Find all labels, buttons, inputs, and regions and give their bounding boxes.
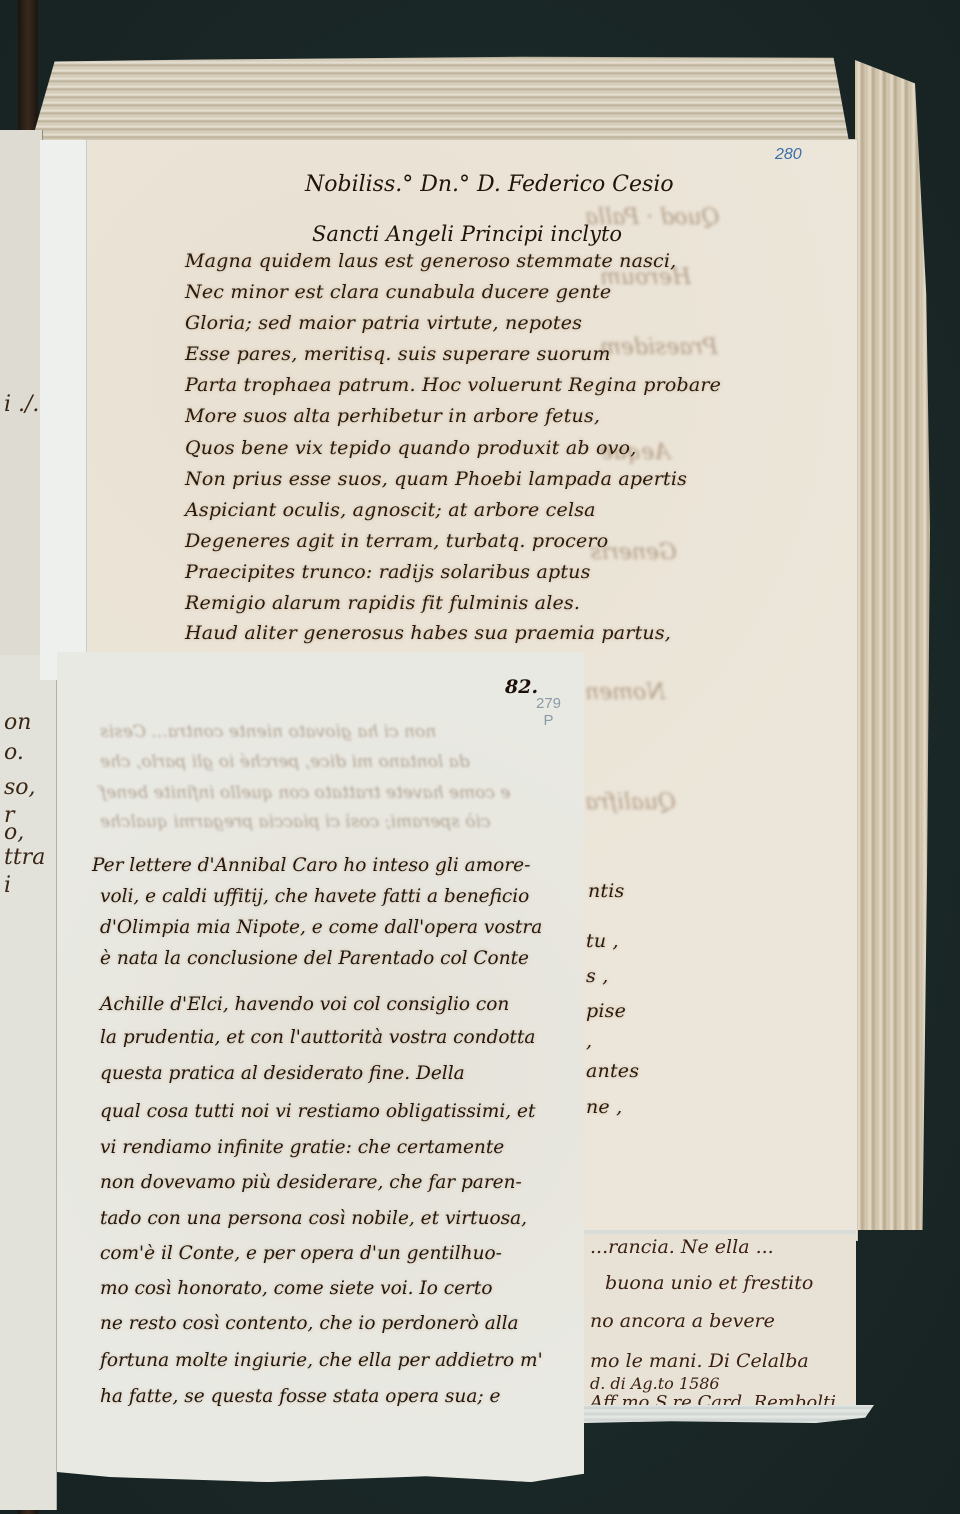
margin-fragment: s , (586, 965, 608, 987)
left-facing-page-lower: on o. so, r o, ttra i (0, 655, 57, 1510)
letter-line: ne resto così contento, che io perdonerò… (100, 1313, 519, 1334)
margin-fragment: tu , (586, 930, 619, 952)
note-line: buona unio et frestito (605, 1272, 813, 1294)
dedication-line-1: Nobiliss.° Dn.° D. Federico Cesio (305, 172, 674, 197)
letter-line: la prudentia, et con l'auttorità vostra … (100, 1027, 535, 1048)
margin-fragment: ne , (586, 1096, 622, 1118)
poem-line: Remigio alarum rapidis fit fulminis ales… (185, 592, 580, 614)
note-date: d. di Ag.to 1586 (590, 1374, 720, 1393)
poem-line: Non prius esse suos, quam Phoebi lampada… (185, 468, 687, 490)
left-page-fragment: o. (4, 740, 24, 765)
letter-line: fortuna molte ingiurie, che ella per add… (100, 1350, 543, 1371)
letter-line: questa pratica al desiderato fine. Della (100, 1063, 465, 1084)
poem-line: Parta trophaea patrum. Hoc voluerunt Reg… (185, 374, 721, 396)
letter-line: ha fatte, se questa fosse stata opera su… (100, 1386, 500, 1407)
margin-fragment: ntis (588, 880, 625, 902)
left-page-fragment: i ./. (4, 392, 39, 417)
pencil-folio-number: 279 (536, 695, 561, 712)
note-page-edges (584, 1405, 874, 1423)
left-page-fragment: so, (4, 775, 36, 800)
page-stack-top-edge (30, 52, 850, 147)
letter-line: vi rendiamo infinite gratie: che certame… (100, 1137, 504, 1158)
poem-line: Degeneres agit in terram, turbatq. proce… (185, 530, 608, 552)
letter-line: qual cosa tutti noi vi restiamo obligati… (100, 1101, 535, 1122)
letter-line: Per lettere d'Annibal Caro ho inteso gli… (92, 855, 530, 876)
poem-line: Quos bene vix tepido quando produxit ab … (185, 437, 636, 459)
bleed-through-text: Nomen (585, 680, 666, 705)
letter-line: tado con una persona così nobile, et vir… (100, 1208, 527, 1229)
margin-fragment: antes (586, 1060, 639, 1082)
letter-folio-number: 82. (505, 676, 538, 698)
poem-line: Haud aliter generosus habes sua praemia … (185, 622, 671, 644)
bleed-through-line: non ci ha giovato niente contra... Cesis (100, 722, 436, 742)
poem-line: Magna quidem laus est generoso stemmate … (185, 250, 676, 272)
left-page-fragment: o, (4, 820, 24, 845)
poem-line: Praecipites trunco: radijs solaribus apt… (185, 561, 591, 583)
poem-line: More suos alta perhibetur in arbore fetu… (185, 405, 600, 427)
margin-fragment: pise (586, 1000, 626, 1022)
poem-line: Aspiciant oculis, agnoscit; at arbore ce… (185, 499, 596, 521)
folio-number: 280 (775, 146, 802, 164)
margin-fragment: , (586, 1030, 592, 1052)
note-line: mo le mani. Di Celalba (590, 1350, 809, 1372)
letter-line: voli, e caldi uffitij, che havete fatti … (100, 886, 529, 907)
pencil-folio-mark: P (536, 712, 561, 729)
left-page-fragment: i (4, 873, 11, 898)
note-line: ...rancia. Ne ella ... (590, 1236, 774, 1258)
bleed-through-line: ciò sperami; così ci piaccia pregarmi qu… (100, 812, 490, 832)
letter-line: è nata la conclusione del Parentado col … (100, 948, 529, 969)
dedication-line-2: Sancti Angeli Principi inclyto (312, 222, 622, 246)
letter-line: com'è il Conte, e per opera d'un gentilh… (100, 1243, 502, 1264)
page-stack-right-edge (855, 60, 930, 1230)
letter-line: d'Olimpia mia Nipote, e come dall'opera … (100, 917, 542, 938)
letter-line: Achille d'Elci, havendo voi col consigli… (100, 994, 509, 1015)
left-page-fragment: ttra (4, 845, 45, 870)
letter-line: mo così honorato, come siete voi. Io cer… (100, 1278, 492, 1299)
poem-line: Gloria; sed maior patria virtute, nepote… (185, 312, 582, 334)
paper-guard-strip (40, 140, 87, 680)
note-line: no ancora a bevere (590, 1310, 775, 1332)
bleed-through-text: Praesidem (600, 335, 718, 360)
bleed-through-line: e come havete trattato con quello infini… (100, 783, 510, 803)
letter-line: non dovevamo più desiderare, che far par… (100, 1172, 522, 1193)
bleed-through-text: Qualifra (585, 790, 676, 815)
left-page-fragment: on (4, 710, 31, 735)
poem-line: Esse pares, meritisq. suis superare suor… (185, 343, 611, 365)
bleed-through-text: Quod · Palla (585, 205, 720, 230)
bleed-through-line: da lontano mi dice, perché io gli parlo,… (100, 752, 470, 772)
pencil-folio: 279 P (536, 695, 561, 729)
poem-line: Nec minor est clara cunabula ducere gent… (185, 281, 611, 303)
